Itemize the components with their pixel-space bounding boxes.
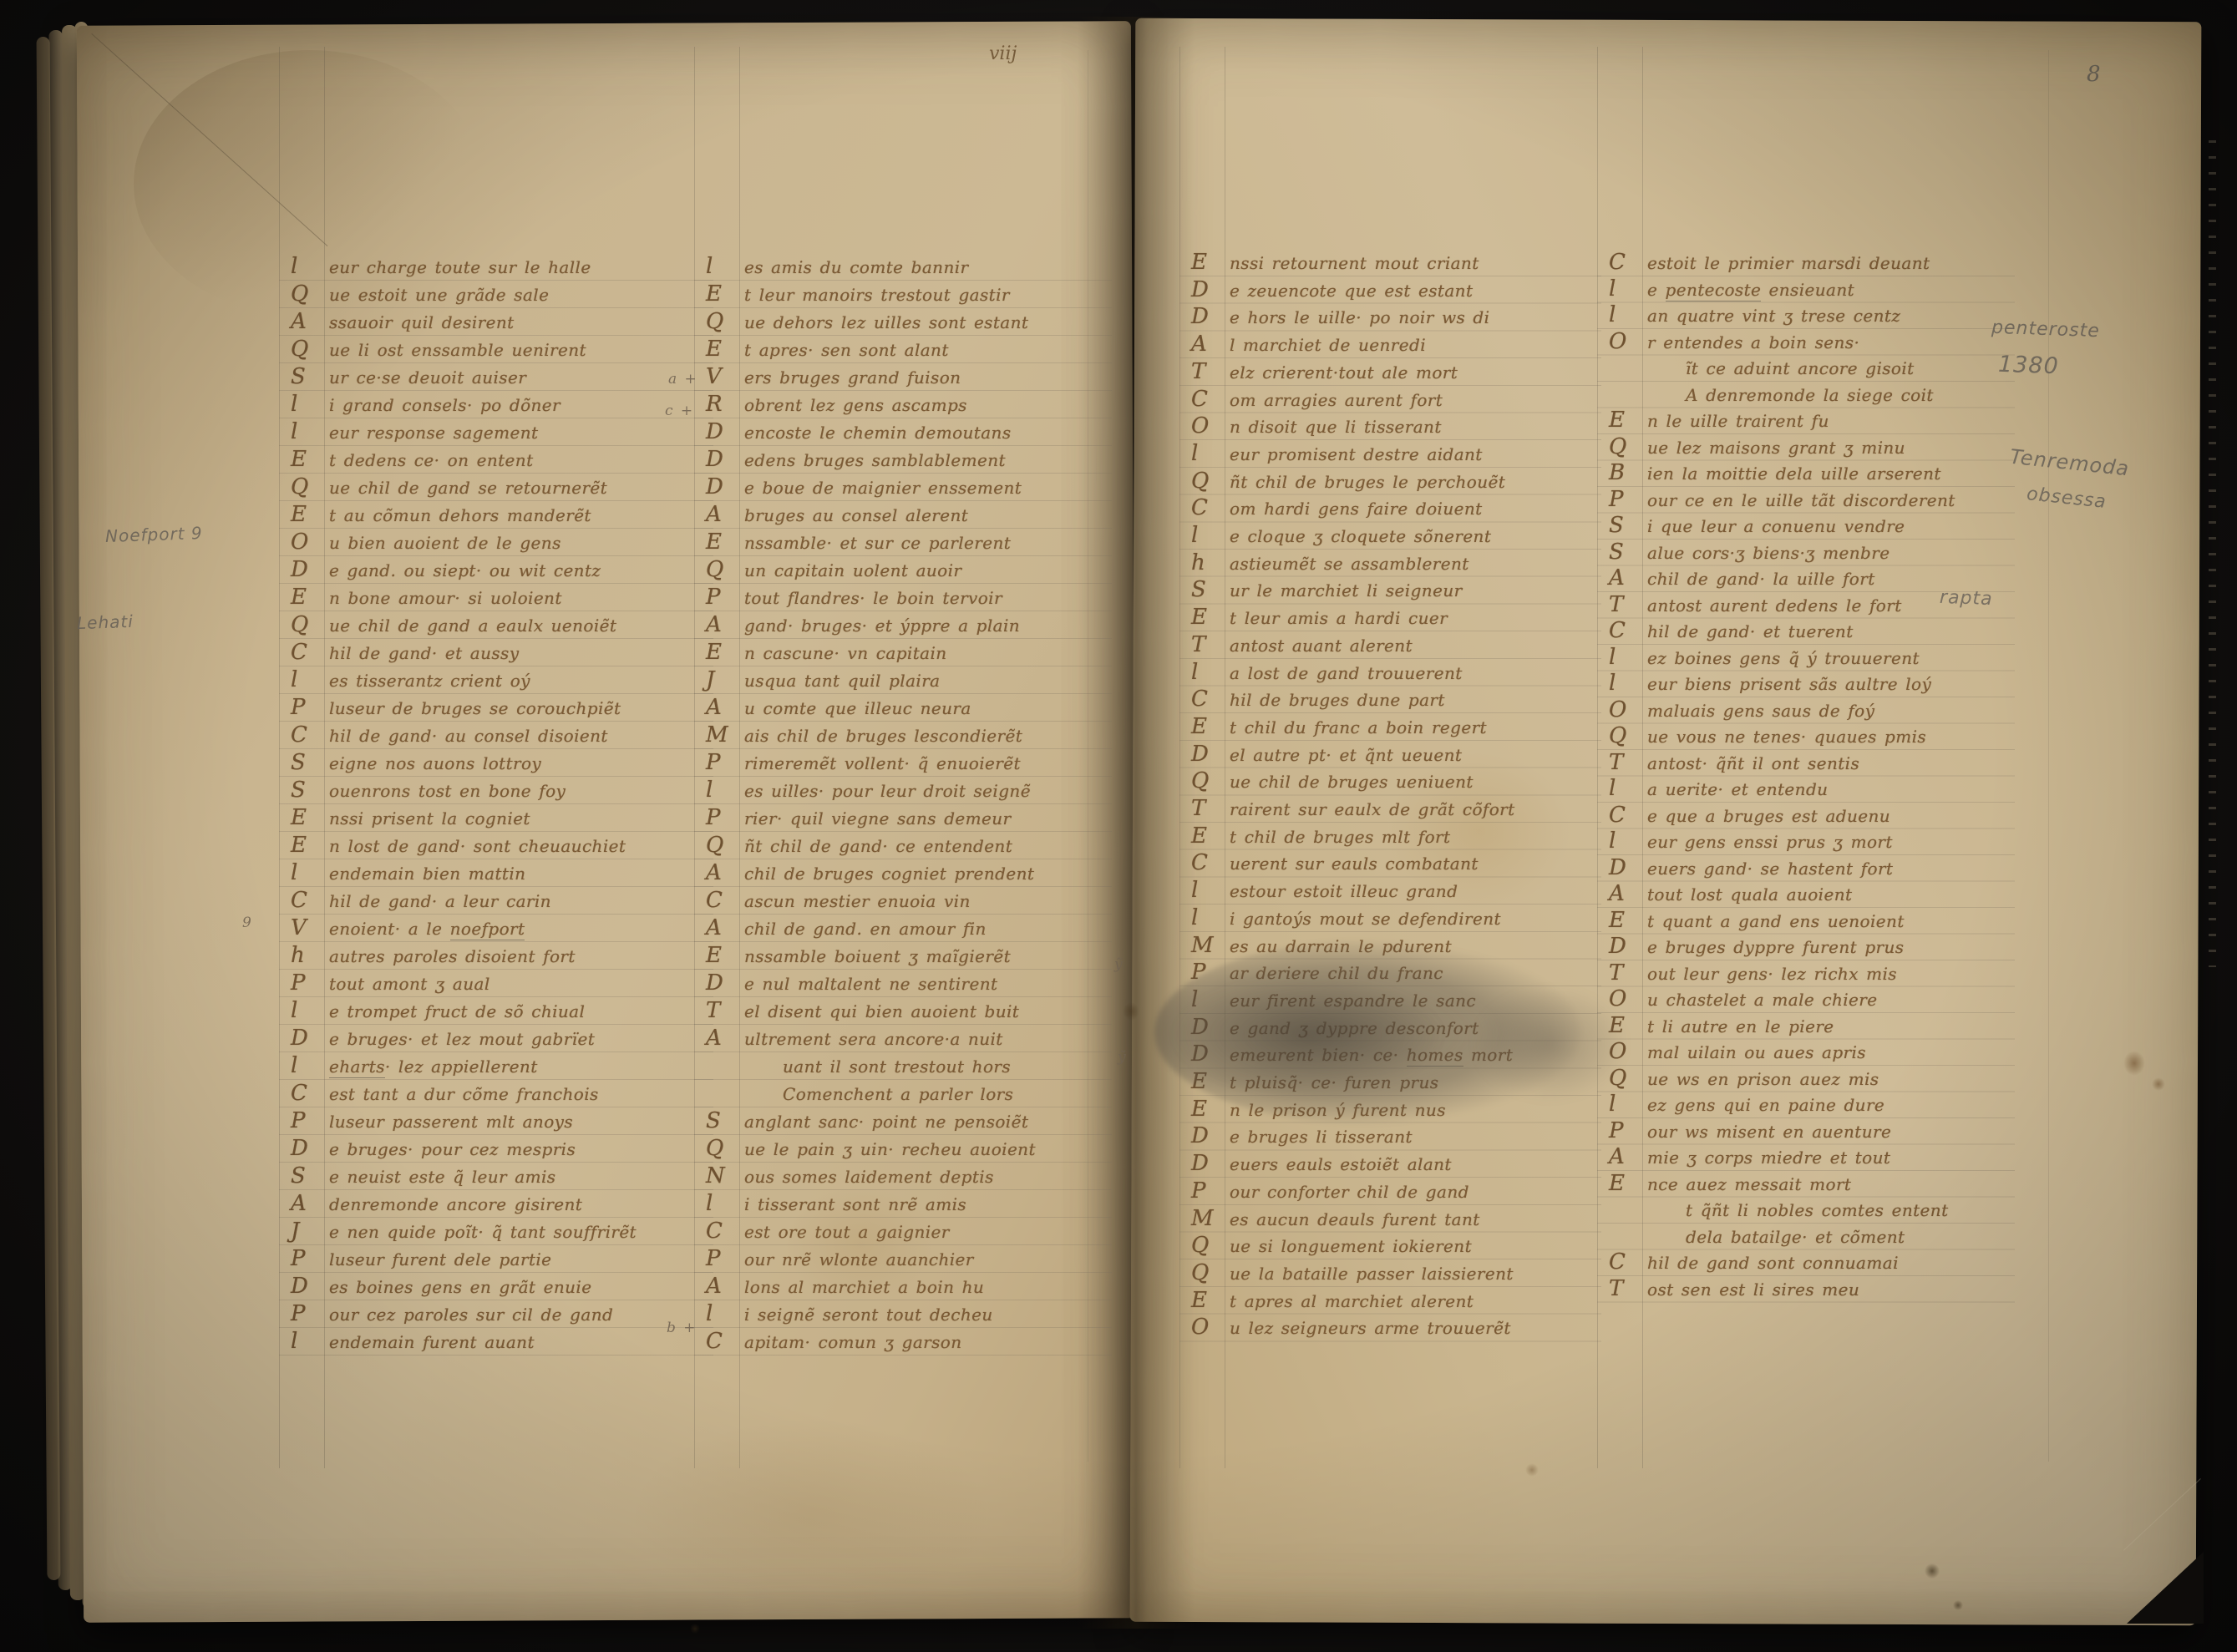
line-text: uerent sur eauls combatant	[1230, 854, 1479, 874]
line-initial: l	[291, 1333, 329, 1350]
line-text: out leur gens· lez richx mis	[1647, 964, 1897, 984]
line-initial: E	[706, 947, 744, 964]
line-text: ur ce·se deuoit auiser	[329, 367, 526, 388]
verse-line: la uerite· et entendu	[1609, 779, 1828, 799]
line-initial: V	[291, 920, 329, 936]
line-initial: P	[706, 1250, 744, 1267]
line-initial: E	[291, 451, 329, 468]
line-text: est tant a dur cõme franchois	[329, 1084, 599, 1104]
verse-line: Enssamble· et sur ce parlerent	[706, 533, 1011, 553]
line-text: tout flandres· le boin tervoir	[744, 588, 1002, 608]
verse-line: Bien la moittie dela uille arserent	[1609, 464, 1941, 484]
verse-line: Tantost· q̃ñt il ont sentis	[1609, 753, 1859, 773]
line-initial: C	[291, 892, 329, 909]
verse-line: hautres paroles disoient fort	[291, 946, 576, 966]
line-text: tout amont ʒ aual	[329, 974, 490, 994]
line-text: e neuist este q̃ leur amis	[329, 1167, 555, 1187]
line-text: anglant sanc· point ne pensoiẽt	[744, 1112, 1028, 1132]
verse-line: Assauoir quil desirent	[291, 312, 515, 332]
line-initial: D	[291, 561, 329, 578]
line-initial: E	[1609, 1175, 1647, 1192]
verse-line: En bone amour· si uoloient	[291, 588, 562, 608]
line-text: euers eauls estoiẽt alant	[1230, 1154, 1452, 1174]
line-initial: D	[1191, 1128, 1230, 1144]
line-initial: A	[291, 313, 329, 330]
line-initial: E	[1191, 828, 1230, 844]
line-initial: T	[1609, 596, 1647, 613]
line-initial: Q	[706, 837, 744, 854]
verse-line: Com arragies aurent fort	[1191, 390, 1443, 410]
gutter-signature-mark: b +	[667, 1320, 697, 1336]
line-text: n le uille trairent fu	[1647, 411, 1829, 431]
line-initial: A	[1609, 1148, 1647, 1165]
verse-line: Amie ʒ corps miedre et tout	[1609, 1148, 1890, 1168]
verse-line: Pluseur furent dele partie	[291, 1249, 551, 1269]
verse-line: Pour ws misent en auenture	[1609, 1122, 1891, 1142]
line-initial: A	[291, 1195, 329, 1212]
line-initial: T	[1609, 965, 1647, 981]
line-text: maluais gens saus de foý	[1647, 701, 1874, 721]
line-text: ouenrons tost en bone foy	[329, 781, 566, 801]
verse-line: Et leur manoirs trestout gastir	[706, 285, 1010, 305]
line-text: e bruges dyppre furent prus	[1647, 937, 1904, 957]
verse-line: li tisserant sont nrẽ amis	[706, 1194, 966, 1214]
line-initial: E	[1609, 912, 1647, 929]
verse-line: ĩt ce aduint ancore gisoit	[1609, 358, 1915, 378]
line-initial: M	[706, 727, 744, 743]
verse-line: Et apres· sen sont alant	[706, 340, 949, 360]
verse-line: Primeremẽt vollent· q̃ enuoierẽt	[706, 753, 1021, 773]
line-text: e gand. ou siept· ou wit centz	[329, 560, 601, 580]
line-initial: C	[706, 1223, 744, 1239]
line-text: i gantoýs mout se defendirent	[1230, 909, 1501, 929]
verse-line: la lost de gand trouuerent	[1191, 663, 1463, 683]
line-text: t au cõmun dehors manderẽt	[329, 505, 591, 525]
line-initial: P	[706, 589, 744, 606]
verse-line: uant il sont trestout hors	[706, 1057, 1011, 1077]
verse-line: Ptout flandres· le boin tervoir	[706, 588, 1002, 608]
verse-line: Qñt chil de bruges le perchouẽt	[1191, 472, 1505, 492]
line-initial: E	[291, 809, 329, 826]
line-text: e que a bruges est aduenu	[1647, 806, 1890, 826]
line-initial: Q	[291, 479, 329, 495]
line-text: n lost de gand· sont cheuauchiet	[329, 836, 626, 856]
line-text: eur firent espandre le sanc	[1230, 991, 1476, 1011]
verse-line: Trairent sur eaulx de grãt cõfort	[1191, 799, 1515, 819]
verse-line: Et dedens ce· on entent	[291, 450, 534, 470]
line-initial: l	[1609, 307, 1647, 323]
line-initial: O	[291, 534, 329, 550]
line-initial: A	[706, 506, 744, 523]
verse-line: Que li ost enssamble uenirent	[291, 340, 586, 360]
verse-line: Salue cors·ʒ biens·ʒ menbre	[1609, 543, 1890, 563]
line-text: alue cors·ʒ biens·ʒ menbre	[1647, 543, 1890, 563]
line-text: u chastelet a male chiere	[1647, 990, 1877, 1010]
line-text: endemain furent auant	[329, 1332, 535, 1352]
verse-line: Que le pain ʒ uin· recheu auoient	[706, 1139, 1036, 1159]
line-text: a uerite· et entendu	[1647, 779, 1828, 799]
line-text: ost sen est li sires meu	[1647, 1280, 1859, 1300]
line-initial: A	[1609, 570, 1647, 586]
line-initial: C	[1191, 854, 1230, 871]
line-text: om arragies aurent fort	[1230, 390, 1443, 410]
verse-line: Tantost aurent dedens le fort	[1609, 595, 1902, 616]
line-text: ultrement sera ancore·a nuit	[744, 1029, 1003, 1049]
gutter-signature-mark: 9	[242, 915, 253, 931]
verse-line: Sur ce·se deuoit auiser	[291, 367, 526, 388]
line-text: hil de gand· au consel disoient	[329, 726, 608, 746]
line-initial: E	[291, 589, 329, 606]
line-text: e trompet fruct de sõ chiual	[329, 1001, 585, 1021]
verse-line: leharts· lez appiellerent	[291, 1057, 538, 1077]
line-initial: h	[291, 947, 329, 964]
verse-line: li gantoýs mout se defendirent	[1191, 909, 1501, 929]
line-initial: S	[291, 782, 329, 798]
verse-line: De bruges· et lez mout gabrïet	[291, 1029, 595, 1049]
line-initial: l	[706, 782, 744, 798]
verse-line: Et chil du franc a boin regert	[1191, 717, 1487, 737]
line-text: an quatre vint ʒ trese centz	[1647, 306, 1900, 326]
verse-line: lez gens qui en paine dure	[1609, 1095, 1884, 1115]
line-text: es aucun deauls furent tant	[1230, 1209, 1480, 1229]
line-initial: D	[1191, 281, 1230, 298]
line-initial: E	[1191, 609, 1230, 626]
verse-line: Si que leur a conuenu vendre	[1609, 516, 1905, 536]
line-initial: A	[706, 920, 744, 936]
verse-line: lestour estoit illeuc grand	[1191, 881, 1458, 901]
verse-line: Tost sen est li sires meu	[1609, 1280, 1859, 1300]
line-initial: l	[1191, 991, 1230, 1008]
line-text: ous somes laidement deptis	[744, 1167, 994, 1187]
line-initial: l	[1191, 527, 1230, 544]
verse-line: Abruges au consel alerent	[706, 505, 968, 525]
line-text: ĩt ce aduint ancore gisoit	[1647, 358, 1915, 378]
verse-line: A denremonde la siege coit	[1609, 385, 1934, 405]
line-text: ez gens qui en paine dure	[1647, 1095, 1884, 1115]
verse-line: Ce que a bruges est aduenu	[1609, 806, 1890, 826]
verse-line: lendemain bien mattin	[291, 864, 525, 884]
verse-line: Achil de gand· la uille fort	[1609, 569, 1875, 589]
line-text: ue ws en prison auez mis	[1647, 1069, 1879, 1089]
line-text: e hors le uille· po noir ws di	[1230, 307, 1489, 327]
line-text: ais chil de bruges lescondierẽt	[744, 726, 1022, 746]
line-text: ue chil de gand a eaulx uenoiẽt	[329, 616, 616, 636]
line-initial: T	[706, 1002, 744, 1019]
verse-line: De hors le uille· po noir ws di	[1191, 307, 1489, 327]
verse-line: li seignẽ seront tout decheu	[706, 1305, 993, 1325]
line-initial: l	[291, 1002, 329, 1019]
line-text: om hardi gens faire doiuent	[1230, 499, 1483, 519]
line-initial: l	[291, 258, 329, 275]
line-initial: D	[706, 423, 744, 440]
line-text: eharts· lez appiellerent	[329, 1057, 538, 1077]
line-initial: l	[1609, 281, 1647, 297]
line-text: ue vous ne tenes· quaues pmis	[1647, 727, 1926, 747]
underlined-word: noefport	[450, 919, 525, 940]
verse-line: Chil de gand· et aussy	[291, 643, 519, 663]
line-initial: O	[1609, 1043, 1647, 1060]
line-initial: l	[1609, 675, 1647, 692]
line-text: ien la moittie dela uille arserent	[1647, 464, 1941, 484]
line-text: t dedens ce· on entent	[329, 450, 534, 470]
folio-number: 8	[2087, 62, 2101, 87]
line-text: euers gand· se hastent fort	[1647, 859, 1893, 879]
line-text: hil de gand· et tuerent	[1647, 621, 1854, 641]
line-text: autres paroles disoient fort	[329, 946, 576, 966]
line-initial: O	[1609, 991, 1647, 1007]
underlined-word: pentecoste	[1666, 280, 1762, 302]
verse-line: Atout lost quala auoient	[1609, 884, 1852, 905]
line-initial: l	[1609, 833, 1647, 849]
line-text: ñt chil de gand· ce entendent	[744, 836, 1012, 856]
verse-line: Telz crierent·tout ale mort	[1191, 362, 1458, 383]
verse-line: Qun capitain uolent auoir	[706, 560, 961, 580]
verse-line: Sanglant sanc· point ne pensoiẽt	[706, 1112, 1028, 1132]
line-initial: M	[1191, 937, 1230, 954]
line-text: n disoit que li tisserant	[1230, 417, 1442, 437]
verse-line: Que chil de bruges ueniuent	[1191, 772, 1474, 792]
line-text: nce auez messait mort	[1647, 1174, 1851, 1194]
line-text: rairent sur eaulx de grãt cõfort	[1230, 799, 1515, 819]
page-corner-curl	[2127, 1552, 2204, 1624]
line-text: astieumẽt se assamblerent	[1230, 554, 1469, 574]
line-initial: D	[1191, 1155, 1230, 1172]
verse-line: Pluseur passerent mlt anoys	[291, 1112, 573, 1132]
line-text: eur response sagement	[329, 423, 538, 443]
verse-line: Pluseur de bruges se corouchpiẽt	[291, 698, 621, 718]
verse-line: le pentecoste ensieuant	[1609, 280, 1854, 300]
line-text: e nul maltalent ne sentirent	[744, 974, 997, 994]
line-initial: O	[1191, 1319, 1230, 1335]
verse-line: Se neuist este q̃ leur amis	[291, 1167, 555, 1187]
verse-line: Au comte que illeuc neura	[706, 698, 971, 718]
line-text: es au darrain le pdurent	[1230, 936, 1452, 956]
line-text: our cez paroles sur cil de gand	[329, 1305, 613, 1325]
verse-line: Ence auez messait mort	[1609, 1174, 1851, 1194]
line-text: hil de gand· a leur carin	[329, 891, 551, 911]
line-text: eur gens enssi prus ʒ mort	[1647, 832, 1893, 852]
line-initial: l	[1609, 780, 1647, 797]
line-initial: E	[1191, 254, 1230, 271]
line-initial: A	[1609, 885, 1647, 902]
line-initial: N	[706, 1168, 744, 1184]
line-text: es tisserantz crient oý	[329, 671, 530, 691]
line-text: es amis du comte bannir	[744, 257, 969, 277]
verse-line: Que dehors lez uilles sont estant	[706, 312, 1028, 332]
line-initial: Q	[706, 561, 744, 578]
line-initial: T	[1609, 754, 1647, 771]
verse-line: Pour conforter chil de gand	[1191, 1182, 1469, 1202]
verse-line: Aultrement sera ancore·a nuit	[706, 1029, 1003, 1049]
line-initial: A	[706, 699, 744, 716]
verse-line: Omaluais gens saus de foý	[1609, 701, 1874, 721]
margin-note-pentecoste: penteroste	[1991, 317, 2101, 342]
verse-line: lan quatre vint ʒ trese centz	[1609, 306, 1900, 326]
stain	[690, 1624, 700, 1634]
verse-line: Que chil de gand a eaulx uenoiẽt	[291, 616, 616, 636]
verse-line: Adenremonde ancore gisirent	[291, 1194, 582, 1214]
line-text: ascun mestier enuoia vin	[744, 891, 971, 911]
verse-line: Chil de bruges dune part	[1191, 690, 1445, 710]
line-initial: A	[1191, 336, 1230, 352]
line-text: eur biens prisent sãs aultre loý	[1647, 674, 1931, 694]
line-text: e bruges li tisserant	[1230, 1127, 1413, 1147]
line-text: ers bruges grand fuison	[744, 367, 961, 388]
verse-line: Que chil de gand se retournerẽt	[291, 478, 607, 498]
line-text: elz crierent·tout ale mort	[1230, 362, 1458, 383]
line-initial: l	[706, 1195, 744, 1212]
line-text: u comte que illeuc neura	[744, 698, 971, 718]
verse-line: le cloque ʒ cloquete sõnerent	[1191, 526, 1491, 546]
line-initial: V	[706, 368, 744, 385]
line-text: n cascune· vn capitain	[744, 643, 947, 663]
line-initial: O	[1609, 333, 1647, 350]
verse-line: le trompet fruct de sõ chiual	[291, 1001, 585, 1021]
verse-line: Dencoste le chemin demoutans	[706, 423, 1012, 443]
verse-line: De nul maltalent ne sentirent	[706, 974, 997, 994]
line-text: el autre pt· et q̃nt ueuent	[1230, 745, 1462, 765]
line-text: t chil du franc a boin regert	[1230, 717, 1487, 737]
line-text: our conforter chil de gand	[1230, 1182, 1469, 1202]
line-initial: D	[1191, 746, 1230, 763]
verse-line: Robrent lez gens ascamps	[706, 395, 967, 415]
verse-line: Des boines gens en grãt enuie	[291, 1277, 591, 1297]
line-text: chil de gand· la uille fort	[1647, 569, 1875, 589]
verse-line: Par deriere chil du franc	[1191, 963, 1443, 983]
line-text: ue dehors lez uilles sont estant	[744, 312, 1028, 332]
verse-line: De zeuencote que est estant	[1191, 281, 1473, 301]
line-initial: C	[1191, 499, 1230, 516]
line-initial: P	[706, 809, 744, 826]
line-initial: R	[706, 396, 744, 413]
line-text: luseur furent dele partie	[329, 1249, 551, 1269]
verse-line: Pour cez paroles sur cil de gand	[291, 1305, 613, 1325]
line-initial: C	[1609, 622, 1647, 639]
line-initial: Q	[1191, 773, 1230, 789]
verse-line: Cuerent sur eauls combatant	[1191, 854, 1479, 874]
verse-line: Achil de bruges cogniet prendent	[706, 864, 1034, 884]
line-initial: P	[291, 1112, 329, 1129]
line-initial: l	[1191, 664, 1230, 681]
line-text: endemain bien mattin	[329, 864, 525, 884]
verse-line: De bruges li tisserant	[1191, 1127, 1413, 1147]
line-text: nssi prisent la cogniet	[329, 808, 530, 829]
line-initial: P	[291, 975, 329, 991]
verse-line: Tel disent qui bien auoient buit	[706, 1001, 1019, 1021]
line-text: usqua tant quil plaira	[744, 671, 940, 691]
line-text: i que leur a conuenu vendre	[1647, 516, 1905, 536]
line-text: e bruges· et lez mout gabrïet	[329, 1029, 595, 1049]
verse-line: Vers bruges grand fuison	[706, 367, 961, 388]
verse-line: Et chil de bruges mlt fort	[1191, 827, 1450, 847]
verse-line: Qñt chil de gand· ce entendent	[706, 836, 1012, 856]
line-text: t leur amis a hardi cuer	[1230, 608, 1448, 628]
verse-line: Tout leur gens· lez richx mis	[1609, 964, 1897, 984]
line-initial: E	[1191, 718, 1230, 735]
line-text: un capitain uolent auoir	[744, 560, 961, 580]
verse-line: Sur le marchiet li seigneur	[1191, 580, 1463, 600]
verse-line: Mes au darrain le pdurent	[1191, 936, 1452, 956]
line-initial: C	[706, 1333, 744, 1350]
line-initial: O	[1609, 702, 1647, 718]
line-initial: S	[1609, 544, 1647, 560]
line-initial: P	[291, 1305, 329, 1322]
line-text: ue si longuement iokierent	[1230, 1236, 1472, 1256]
line-initial: P	[706, 754, 744, 771]
verse-line: Enssamble boiuent ʒ maĩgierẽt	[706, 946, 1011, 966]
line-text: ue estoit une grãde sale	[329, 285, 549, 305]
line-initial: l	[1609, 1096, 1647, 1112]
verse-line: Que si longuement iokierent	[1191, 1236, 1472, 1256]
verse-line: Cascun mestier enuoia vin	[706, 891, 971, 911]
line-initial: C	[1191, 691, 1230, 707]
verse-line: Seigne nos auons lottroy	[291, 753, 541, 773]
line-text: tout lost quala auoient	[1647, 884, 1852, 905]
line-text: apitam· comun ʒ garson	[744, 1332, 962, 1352]
line-text: Comenchent a parler lors	[744, 1084, 1013, 1104]
line-initial: T	[1191, 800, 1230, 817]
line-initial: Q	[1191, 1237, 1230, 1254]
book-gutter-shadow	[1078, 17, 1195, 1629]
verse-line: Nous somes laidement deptis	[706, 1167, 994, 1187]
verse-line: Chil de gand· a leur carin	[291, 891, 551, 911]
line-text: t quant a gand ens uenoient	[1647, 911, 1905, 931]
verse-line: Et quant a gand ens uenoient	[1609, 911, 1905, 931]
verse-line: Ptout amont ʒ aual	[291, 974, 490, 994]
line-text: A denremonde la siege coit	[1647, 385, 1934, 405]
line-initial: J	[291, 1223, 329, 1239]
line-initial: C	[1191, 391, 1230, 408]
verse-line: Ou chastelet a male chiere	[1609, 990, 1877, 1010]
verse-line: Pour nrẽ wlonte auanchier	[706, 1249, 974, 1269]
line-text: our ws misent en auenture	[1647, 1122, 1891, 1142]
gutter-signature-mark: ỹ	[1114, 956, 1124, 973]
line-initial: T	[1191, 636, 1230, 653]
verse-line: les amis du comte bannir	[706, 257, 969, 277]
line-initial: l	[1191, 445, 1230, 462]
line-text: t leur manoirs trestout gastir	[744, 285, 1010, 305]
verse-line: Et apres al marchiet alerent	[1191, 1291, 1474, 1311]
line-text: antost· q̃ñt il ont sentis	[1647, 753, 1859, 773]
verse-line: Et leur amis a hardi cuer	[1191, 608, 1448, 628]
line-initial: A	[706, 864, 744, 881]
verse-line: hastieumẽt se assamblerent	[1191, 554, 1469, 574]
line-initial: l	[291, 671, 329, 688]
gutter-signature-mark: ỹ	[1118, 1049, 1128, 1066]
line-text: estour estoit illeuc grand	[1230, 881, 1458, 901]
verse-line: leur biens prisent sãs aultre loý	[1609, 674, 1931, 694]
line-initial: Q	[1609, 438, 1647, 455]
line-text: t pluisq̃· ce· furen prus	[1230, 1072, 1438, 1092]
verse-line: Agand· bruges· et ýppre a plain	[706, 616, 1020, 636]
line-initial: J	[706, 671, 744, 688]
line-initial: P	[1609, 491, 1647, 508]
line-initial: A	[706, 1030, 744, 1046]
verse-line: Ou bien auoient de le gens	[291, 533, 561, 553]
verse-line: Chil de gand sont connuamai	[1609, 1253, 1899, 1273]
verse-line: Je nen quide poĩt· q̃ tant souffrirẽt	[291, 1222, 637, 1242]
line-text: luseur de bruges se corouchpiẽt	[329, 698, 621, 718]
line-text: edens bruges samblablement	[744, 450, 1006, 470]
line-initial: C	[1609, 807, 1647, 823]
line-text: eigne nos auons lottroy	[329, 753, 541, 773]
verse-line: De boue de maignier enssement	[706, 478, 1022, 498]
verse-line: On disoit que li tisserant	[1191, 417, 1442, 437]
verse-line: Comenchent a parler lors	[706, 1084, 1013, 1104]
line-text: bruges au consel alerent	[744, 505, 968, 525]
line-initial: l	[706, 1305, 744, 1322]
line-text: e gand ʒ dyppre desconfort	[1230, 1018, 1479, 1038]
